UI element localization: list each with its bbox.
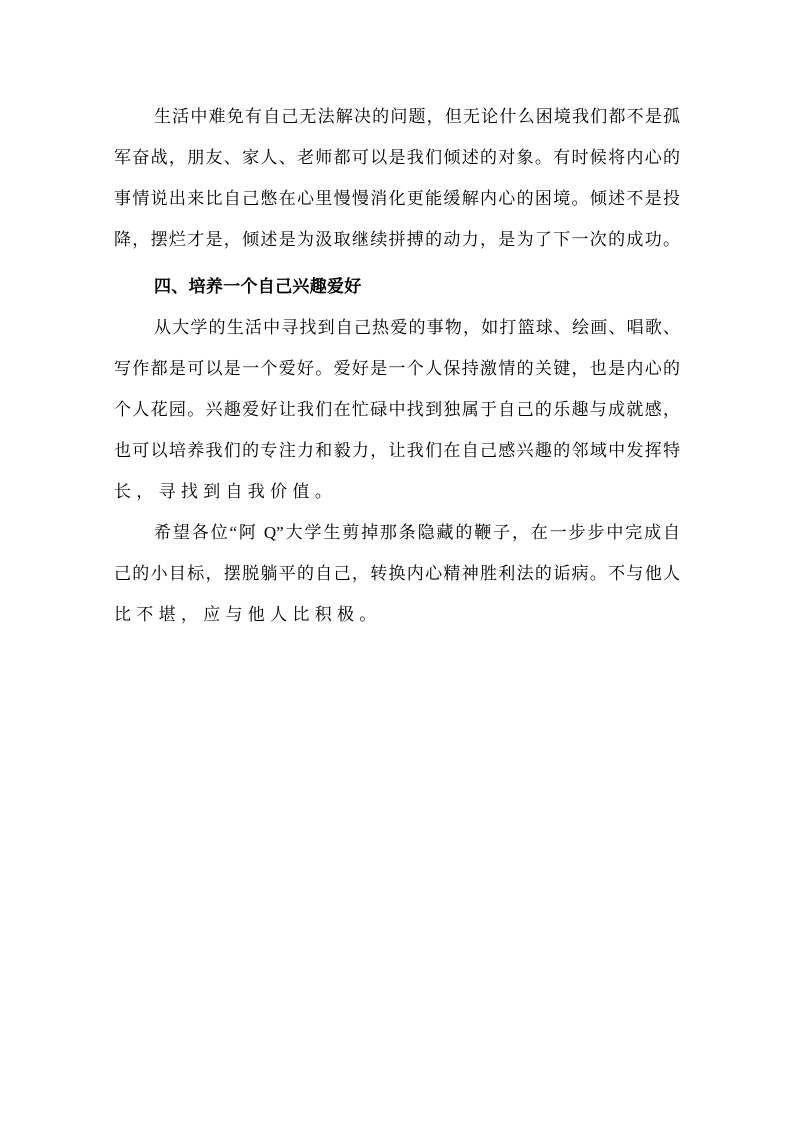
text-line: 长，寻找到自我价值。 <box>114 471 680 512</box>
text-line: 己的小目标，摆脱躺平的自己，转换内心精神胜利法的诟病。不与他人 <box>114 553 680 594</box>
document-text-block: 生活中难免有自己无法解决的问题，但无论什么困境我们都不是孤 军奋战，朋友、家人、… <box>114 96 680 635</box>
paragraph-closing: 希望各位“阿 Q”大学生剪掉那条隐藏的鞭子，在一步步中完成自 己的小目标，摆脱躺… <box>114 512 680 635</box>
text-line: 写作都是可以是一个爱好。爱好是一个人保持激情的关键，也是内心的 <box>114 348 680 389</box>
text-line: 生活中难免有自己无法解决的问题，但无论什么困境我们都不是孤 <box>114 96 680 137</box>
text-line: 比不堪，应与他人比积极。 <box>114 594 680 635</box>
text-line: 希望各位“阿 Q”大学生剪掉那条隐藏的鞭子，在一步步中完成自 <box>114 512 680 553</box>
paragraph-hobby: 从大学的生活中寻找到自己热爱的事物，如打篮球、绘画、唱歌、 写作都是可以是一个爱… <box>114 307 680 512</box>
text-line: 从大学的生活中寻找到自己热爱的事物，如打篮球、绘画、唱歌、 <box>114 307 680 348</box>
text-line: 也可以培养我们的专注力和毅力，让我们在自己感兴趣的邻域中发挥特 <box>114 430 680 471</box>
text-line: 降，摆烂才是，倾述是为汲取继续拼搏的动力，是为了下一次的成功。 <box>114 219 680 260</box>
text-line: 军奋战，朋友、家人、老师都可以是我们倾述的对象。有时候将内心的 <box>114 137 680 178</box>
section-heading: 四、培养一个自己兴趣爱好 <box>114 266 680 307</box>
paragraph-counsel: 生活中难免有自己无法解决的问题，但无论什么困境我们都不是孤 军奋战，朋友、家人、… <box>114 96 680 260</box>
text-line: 事情说出来比自己憋在心里慢慢消化更能缓解内心的困境。倾述不是投 <box>114 178 680 219</box>
text-line: 个人花园。兴趣爱好让我们在忙碌中找到独属于自己的乐趣与成就感， <box>114 389 680 430</box>
document-page: 生活中难免有自己无法解决的问题，但无论什么困境我们都不是孤 军奋战，朋友、家人、… <box>0 0 793 1122</box>
